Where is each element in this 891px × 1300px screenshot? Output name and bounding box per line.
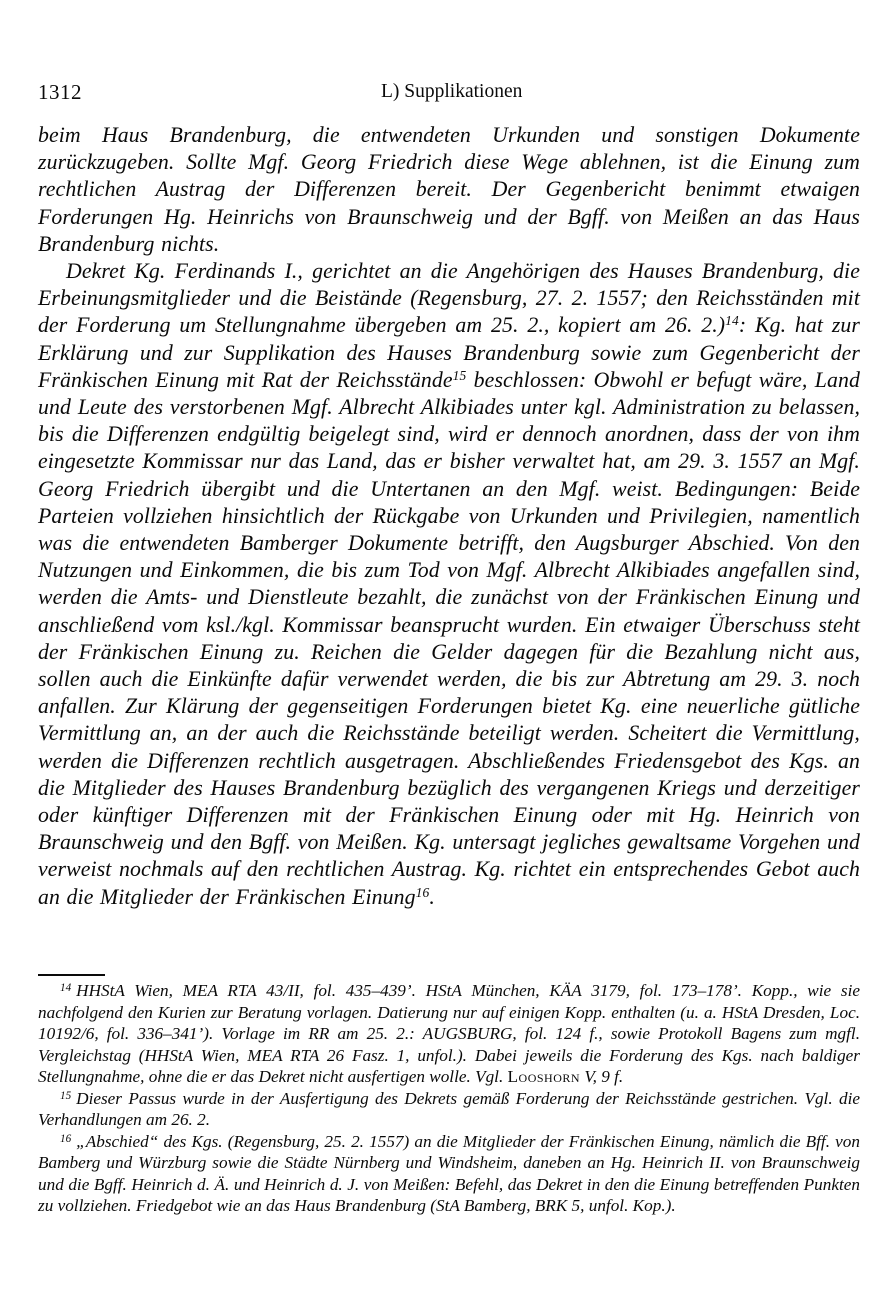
footnote-separator	[38, 974, 105, 976]
footnote-ref-16: 16	[416, 885, 430, 900]
footnote-16-marker: 16	[60, 1133, 71, 1145]
footnote-16: 16„Abschied“ des Kgs. (Regensburg, 25. 2…	[38, 1131, 860, 1217]
footnotes-section: 14HHStA Wien, MEA RTA 43/II, fol. 435–43…	[38, 980, 860, 1217]
running-header-title: L) Supplikationen	[381, 81, 522, 103]
footnote-text: Dieser Passus wurde in der Ausfertigung …	[38, 1089, 860, 1130]
paragraph-text: .	[429, 885, 435, 909]
paragraph-text: beschlossen: Obwohl er befugt wäre, Land…	[38, 368, 860, 909]
footnote-14-marker: 14	[60, 982, 71, 994]
footnote-ref-14: 14	[725, 313, 739, 328]
paragraph-dekret: Dekret Kg. Ferdinands I., gerichtet an d…	[38, 258, 860, 911]
footnote-text: HHStA Wien, MEA RTA 43/II, fol. 435–439’…	[38, 981, 860, 1086]
footnote-text: V, 9 f.	[580, 1067, 623, 1086]
footnote-ref-15: 15	[453, 368, 467, 383]
footnote-author-smallcaps: Looshorn	[508, 1067, 581, 1086]
paragraph-continuation: beim Haus Brandenburg, die entwendeten U…	[38, 122, 860, 258]
page-number: 1312	[38, 80, 82, 105]
footnote-15: 15Dieser Passus wurde in der Ausfertigun…	[38, 1088, 860, 1131]
footnote-15-marker: 15	[60, 1090, 71, 1102]
paragraph-text: beim Haus Brandenburg, die entwendeten U…	[38, 123, 860, 256]
footnote-text: „Abschied“ des Kgs. (Regensburg, 25. 2. …	[38, 1132, 860, 1216]
book-page: 1312 L) Supplikationen beim Haus Branden…	[0, 0, 891, 1300]
running-header: 1312 L) Supplikationen	[38, 80, 860, 104]
main-text: beim Haus Brandenburg, die entwendeten U…	[38, 122, 860, 911]
footnote-14: 14HHStA Wien, MEA RTA 43/II, fol. 435–43…	[38, 980, 860, 1088]
